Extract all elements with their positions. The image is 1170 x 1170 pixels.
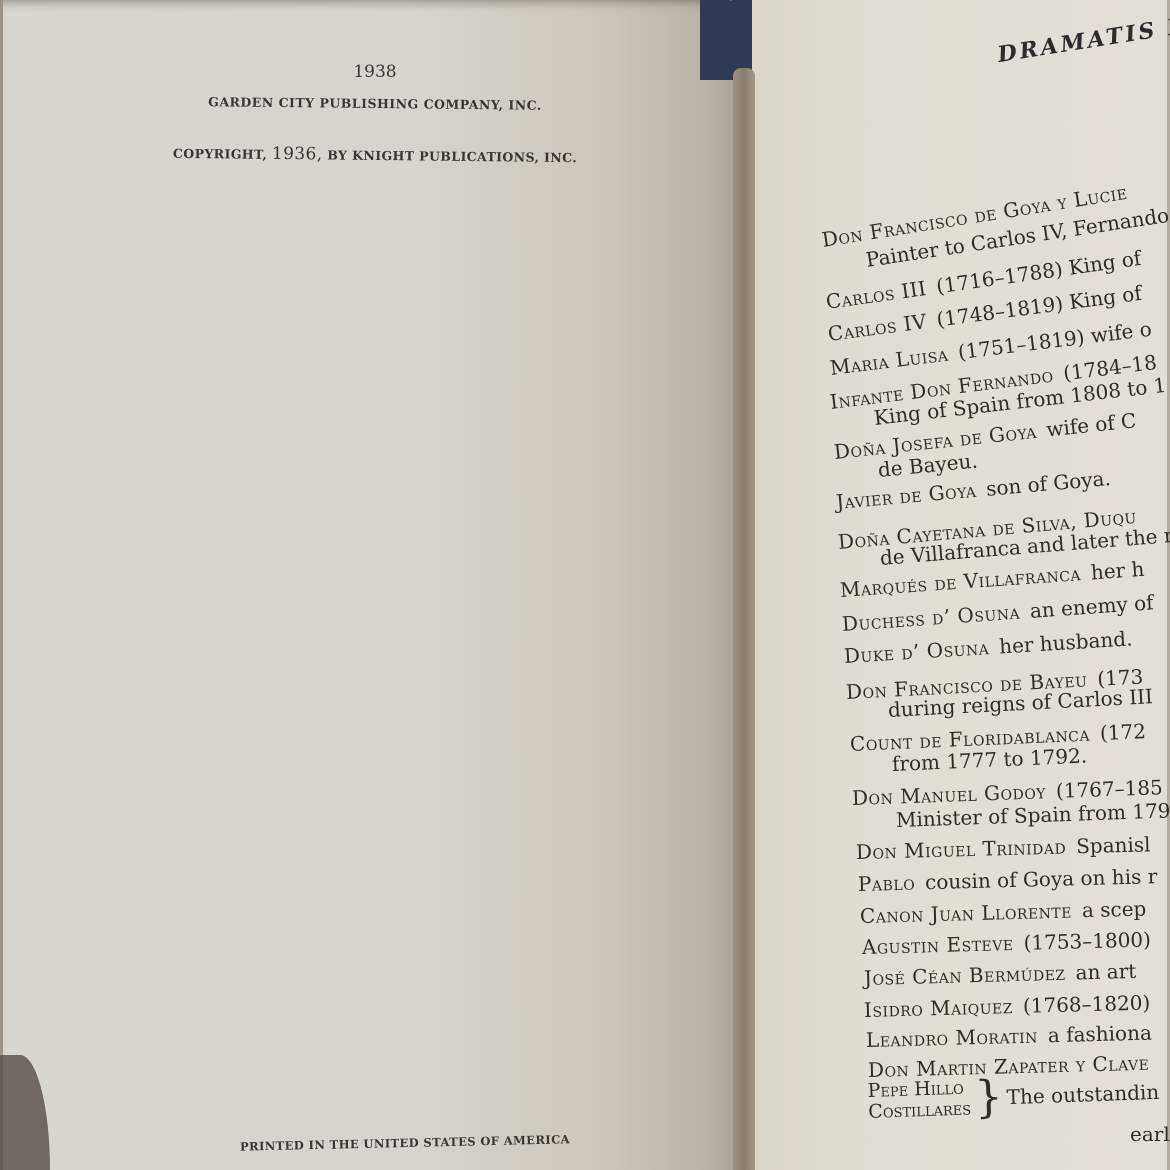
character-desc: a fashiona [1048, 1021, 1153, 1048]
bracket-desc-cont: earl [1130, 1122, 1170, 1146]
character-name: Pablo [858, 871, 916, 896]
character-name: Leandro Moratin [866, 1024, 1038, 1052]
left-page-edge [0, 0, 3, 1170]
character-desc: an art [1075, 959, 1136, 985]
character-desc: (1753–1800) [1023, 927, 1151, 954]
left-page [0, 0, 745, 1170]
character-name: Agustin Esteve [862, 931, 1014, 959]
bracket-names: Pepe Hillo Costillares [867, 1077, 971, 1123]
thumb-shadow [0, 1055, 50, 1170]
copyright-year: 1936, [272, 144, 323, 165]
character-desc: Spanisl [1076, 832, 1151, 858]
copyright-prefix: COPYRIGHT, [173, 146, 267, 162]
curly-brace-icon: } [974, 1075, 1004, 1120]
character-desc: her h [1090, 557, 1145, 585]
book-spine-gutter [733, 68, 755, 1170]
copyright-suffix: BY KNIGHT PUBLICATIONS, INC. [327, 148, 577, 166]
character-desc: (172 [1099, 719, 1146, 745]
character-name: Isidro Maiquez [864, 994, 1014, 1022]
bracket-name: Costillares [868, 1097, 971, 1123]
character-desc: (1768–1820) [1023, 991, 1151, 1018]
publication-year: 1938 [300, 62, 450, 82]
character-desc: a scep [1082, 897, 1147, 923]
bracket-desc: The outstandin [1006, 1080, 1159, 1109]
